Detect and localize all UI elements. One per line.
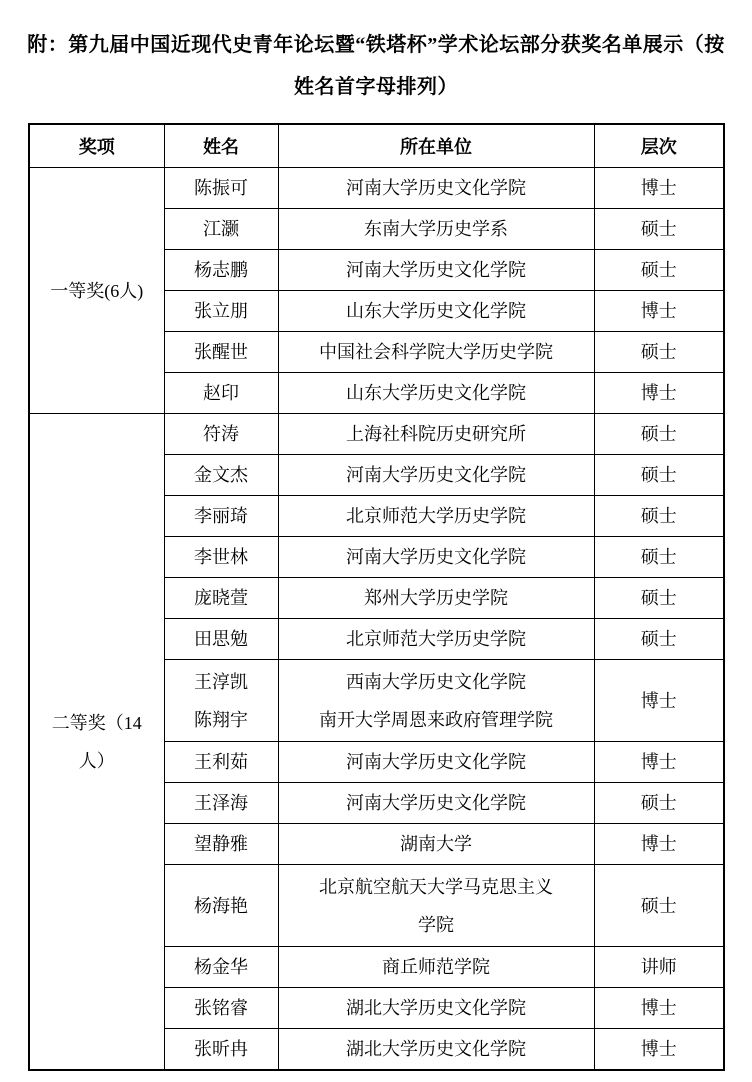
cell-text-line: 硕士 bbox=[595, 579, 724, 617]
winner-name-cell: 杨金华 bbox=[164, 947, 278, 988]
table-row: 一等奖(6人)陈振可河南大学历史文化学院博士 bbox=[29, 168, 724, 209]
cell-text-line: 东南大学历史学系 bbox=[279, 210, 594, 248]
winner-level-cell: 硕士 bbox=[594, 250, 724, 291]
cell-text-line: 王利茹 bbox=[165, 743, 278, 781]
winner-name-cell: 王淳凯陈翔宇 bbox=[164, 660, 278, 742]
winner-name-cell: 张昕冉 bbox=[164, 1029, 278, 1071]
cell-text-line: 学院 bbox=[279, 906, 594, 944]
cell-text-line: 硕士 bbox=[595, 620, 724, 658]
cell-text-line: 硕士 bbox=[595, 887, 724, 925]
winner-level-cell: 硕士 bbox=[594, 865, 724, 947]
winner-level-cell: 硕士 bbox=[594, 619, 724, 660]
cell-text-line: 河南大学历史文化学院 bbox=[279, 251, 594, 289]
winner-level-cell: 硕士 bbox=[594, 455, 724, 496]
cell-text-line: 博士 bbox=[595, 743, 724, 781]
cell-text-line: 河南大学历史文化学院 bbox=[279, 538, 594, 576]
awards-table: 奖项 姓名 所在单位 层次 一等奖(6人)陈振可河南大学历史文化学院博士江灏东南… bbox=[28, 123, 725, 1071]
winner-name-cell: 张铭睿 bbox=[164, 988, 278, 1029]
cell-text-line: 商丘师范学院 bbox=[279, 948, 594, 986]
winner-name-cell: 田思勉 bbox=[164, 619, 278, 660]
winner-level-cell: 博士 bbox=[594, 660, 724, 742]
cell-text-line: 张醒世 bbox=[165, 333, 278, 371]
cell-text-line: 张立朋 bbox=[165, 292, 278, 330]
cell-text-line: 王泽海 bbox=[165, 784, 278, 822]
winner-level-cell: 硕士 bbox=[594, 414, 724, 455]
winner-name-cell: 李世林 bbox=[164, 537, 278, 578]
cell-text-line: 博士 bbox=[595, 292, 724, 330]
cell-text-line: 博士 bbox=[595, 989, 724, 1027]
winner-unit-cell: 河南大学历史文化学院 bbox=[278, 455, 594, 496]
cell-text-line: 山东大学历史文化学院 bbox=[279, 374, 594, 412]
cell-text-line: 北京师范大学历史学院 bbox=[279, 497, 594, 535]
document-title: 附：第九届中国近现代史青年论坛暨“铁塔杯”学术论坛部分获奖名单展示（按 姓名首字… bbox=[0, 0, 752, 108]
header-unit: 所在单位 bbox=[278, 124, 594, 168]
winner-unit-cell: 山东大学历史文化学院 bbox=[278, 373, 594, 414]
winner-level-cell: 博士 bbox=[594, 988, 724, 1029]
cell-text-line: 硕士 bbox=[595, 210, 724, 248]
winner-level-cell: 硕士 bbox=[594, 783, 724, 824]
winner-unit-cell: 湖南大学 bbox=[278, 824, 594, 865]
cell-text-line: 李丽琦 bbox=[165, 497, 278, 535]
document-title-line-2: 姓名首字母排列） bbox=[0, 66, 752, 108]
winner-unit-cell: 中国社会科学院大学历史学院 bbox=[278, 332, 594, 373]
winner-name-cell: 杨海艳 bbox=[164, 865, 278, 947]
winner-name-cell: 张醒世 bbox=[164, 332, 278, 373]
cell-text-line: 陈振可 bbox=[165, 169, 278, 207]
cell-text-line: 杨海艳 bbox=[165, 887, 278, 925]
cell-text-line: 金文杰 bbox=[165, 456, 278, 494]
cell-text-line: 硕士 bbox=[595, 456, 724, 494]
winner-level-cell: 硕士 bbox=[594, 578, 724, 619]
cell-text-line: 博士 bbox=[595, 169, 724, 207]
winner-name-cell: 赵印 bbox=[164, 373, 278, 414]
winner-level-cell: 硕士 bbox=[594, 496, 724, 537]
cell-text-line: 博士 bbox=[595, 374, 724, 412]
winner-unit-cell: 河南大学历史文化学院 bbox=[278, 250, 594, 291]
cell-text-line: 河南大学历史文化学院 bbox=[279, 743, 594, 781]
cell-text-line: 博士 bbox=[595, 825, 724, 863]
winner-name-cell: 符涛 bbox=[164, 414, 278, 455]
winner-level-cell: 硕士 bbox=[594, 209, 724, 250]
winner-unit-cell: 湖北大学历史文化学院 bbox=[278, 1029, 594, 1071]
table-row: 二等奖（14人）符涛上海社科院历史研究所硕士 bbox=[29, 414, 724, 455]
cell-text-line: 硕士 bbox=[595, 497, 724, 535]
header-level: 层次 bbox=[594, 124, 724, 168]
winner-level-cell: 博士 bbox=[594, 373, 724, 414]
cell-text-line: 王淳凯 bbox=[165, 663, 278, 701]
cell-text-line: 硕士 bbox=[595, 538, 724, 576]
cell-text-line: 博士 bbox=[595, 682, 724, 720]
cell-text-line: 北京航空航天大学马克思主义 bbox=[279, 868, 594, 906]
winner-name-cell: 江灏 bbox=[164, 209, 278, 250]
cell-text-line: 陈翔宇 bbox=[165, 701, 278, 739]
winner-name-cell: 王泽海 bbox=[164, 783, 278, 824]
cell-text-line: 北京师范大学历史学院 bbox=[279, 620, 594, 658]
winner-unit-cell: 河南大学历史文化学院 bbox=[278, 742, 594, 783]
cell-text-line: 湖北大学历史文化学院 bbox=[279, 1030, 594, 1068]
awards-table-header: 奖项 姓名 所在单位 层次 bbox=[29, 124, 724, 168]
winner-name-cell: 李丽琦 bbox=[164, 496, 278, 537]
cell-text-line: 田思勉 bbox=[165, 620, 278, 658]
cell-text-line: 硕士 bbox=[595, 784, 724, 822]
cell-text-line: 南开大学周恩来政府管理学院 bbox=[279, 701, 594, 739]
winner-unit-cell: 河南大学历史文化学院 bbox=[278, 783, 594, 824]
winner-name-cell: 杨志鹏 bbox=[164, 250, 278, 291]
cell-text-line: 郑州大学历史学院 bbox=[279, 579, 594, 617]
winner-unit-cell: 河南大学历史文化学院 bbox=[278, 168, 594, 209]
winner-level-cell: 博士 bbox=[594, 291, 724, 332]
winner-name-cell: 张立朋 bbox=[164, 291, 278, 332]
cell-text-line: 江灏 bbox=[165, 210, 278, 248]
cell-text-line: 杨志鹏 bbox=[165, 251, 278, 289]
winner-unit-cell: 商丘师范学院 bbox=[278, 947, 594, 988]
cell-text-line: 河南大学历史文化学院 bbox=[279, 169, 594, 207]
cell-text-line: 河南大学历史文化学院 bbox=[279, 784, 594, 822]
cell-text-line: 望静雅 bbox=[165, 825, 278, 863]
winner-unit-cell: 西南大学历史文化学院南开大学周恩来政府管理学院 bbox=[278, 660, 594, 742]
cell-text-line: 讲师 bbox=[595, 948, 724, 986]
winner-level-cell: 博士 bbox=[594, 824, 724, 865]
winner-unit-cell: 湖北大学历史文化学院 bbox=[278, 988, 594, 1029]
document-title-line-1: 附：第九届中国近现代史青年论坛暨“铁塔杯”学术论坛部分获奖名单展示（按 bbox=[0, 24, 752, 66]
cell-text-line: 张昕冉 bbox=[165, 1030, 278, 1068]
winner-level-cell: 博士 bbox=[594, 1029, 724, 1071]
award-group-cell: 一等奖(6人) bbox=[29, 168, 164, 414]
winner-level-cell: 硕士 bbox=[594, 332, 724, 373]
cell-text-line: 符涛 bbox=[165, 415, 278, 453]
cell-text-line: 硕士 bbox=[595, 251, 724, 289]
cell-text-line: 硕士 bbox=[595, 333, 724, 371]
winner-unit-cell: 北京师范大学历史学院 bbox=[278, 619, 594, 660]
cell-text-line: 博士 bbox=[595, 1030, 724, 1068]
winner-name-cell: 望静雅 bbox=[164, 824, 278, 865]
cell-text-line: 湖南大学 bbox=[279, 825, 594, 863]
winner-name-cell: 陈振可 bbox=[164, 168, 278, 209]
cell-text-line: 上海社科院历史研究所 bbox=[279, 415, 594, 453]
cell-text-line: 赵印 bbox=[165, 374, 278, 412]
winner-unit-cell: 北京航空航天大学马克思主义学院 bbox=[278, 865, 594, 947]
winner-name-cell: 金文杰 bbox=[164, 455, 278, 496]
winner-unit-cell: 东南大学历史学系 bbox=[278, 209, 594, 250]
winner-unit-cell: 郑州大学历史学院 bbox=[278, 578, 594, 619]
header-name: 姓名 bbox=[164, 124, 278, 168]
cell-text-line: 中国社会科学院大学历史学院 bbox=[279, 333, 594, 371]
winner-name-cell: 王利茹 bbox=[164, 742, 278, 783]
document-page: 附：第九届中国近现代史青年论坛暨“铁塔杯”学术论坛部分获奖名单展示（按 姓名首字… bbox=[0, 0, 752, 1082]
winner-level-cell: 硕士 bbox=[594, 537, 724, 578]
cell-text-line: 李世林 bbox=[165, 538, 278, 576]
cell-text-line: 西南大学历史文化学院 bbox=[279, 663, 594, 701]
awards-table-body: 一等奖(6人)陈振可河南大学历史文化学院博士江灏东南大学历史学系硕士杨志鹏河南大… bbox=[29, 168, 724, 1071]
award-group-cell: 二等奖（14人） bbox=[29, 414, 164, 1071]
cell-text-line: 河南大学历史文化学院 bbox=[279, 456, 594, 494]
header-award: 奖项 bbox=[29, 124, 164, 168]
winner-level-cell: 博士 bbox=[594, 168, 724, 209]
winner-unit-cell: 北京师范大学历史学院 bbox=[278, 496, 594, 537]
cell-text-line: 杨金华 bbox=[165, 948, 278, 986]
winner-unit-cell: 河南大学历史文化学院 bbox=[278, 537, 594, 578]
winner-level-cell: 讲师 bbox=[594, 947, 724, 988]
cell-text-line: 湖北大学历史文化学院 bbox=[279, 989, 594, 1027]
cell-text-line: 山东大学历史文化学院 bbox=[279, 292, 594, 330]
winner-unit-cell: 上海社科院历史研究所 bbox=[278, 414, 594, 455]
cell-text-line: 二等奖（14 bbox=[30, 704, 164, 742]
cell-text-line: 一等奖(6人) bbox=[30, 272, 164, 310]
header-row: 奖项 姓名 所在单位 层次 bbox=[29, 124, 724, 168]
winner-unit-cell: 山东大学历史文化学院 bbox=[278, 291, 594, 332]
winner-level-cell: 博士 bbox=[594, 742, 724, 783]
cell-text-line: 庞晓萱 bbox=[165, 579, 278, 617]
cell-text-line: 硕士 bbox=[595, 415, 724, 453]
cell-text-line: 人） bbox=[30, 742, 164, 780]
cell-text-line: 张铭睿 bbox=[165, 989, 278, 1027]
winner-name-cell: 庞晓萱 bbox=[164, 578, 278, 619]
